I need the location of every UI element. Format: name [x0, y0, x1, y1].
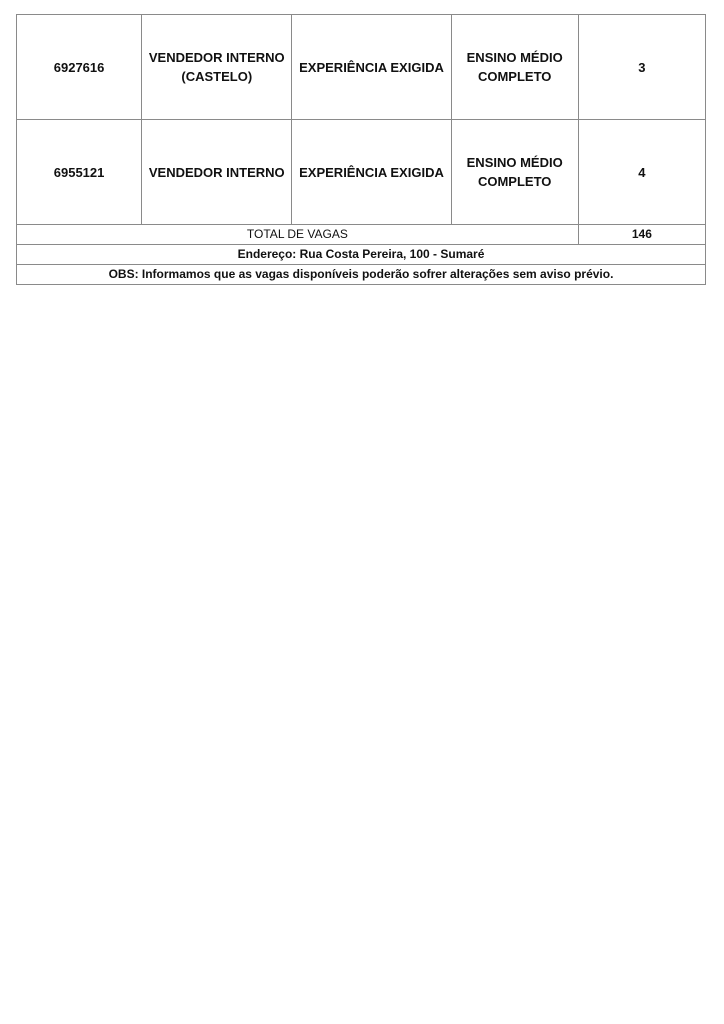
job-openings: 3 — [578, 15, 705, 120]
note-row: OBS: Informamos que as vagas disponíveis… — [17, 265, 706, 285]
job-education-line: COMPLETO — [456, 67, 574, 86]
job-education-line: COMPLETO — [456, 172, 574, 191]
job-experience: EXPERIÊNCIA EXIGIDA — [292, 120, 451, 225]
job-title: VENDEDOR INTERNO (CASTELO) — [142, 15, 292, 120]
job-openings: 4 — [578, 120, 705, 225]
table-row: 6927616 VENDEDOR INTERNO (CASTELO) EXPER… — [17, 15, 706, 120]
job-experience: EXPERIÊNCIA EXIGIDA — [292, 15, 451, 120]
job-title-line: VENDEDOR INTERNO — [146, 48, 287, 67]
address-row: Endereço: Rua Costa Pereira, 100 - Sumar… — [17, 245, 706, 265]
total-row: TOTAL DE VAGAS 146 — [17, 225, 706, 245]
job-title-line: VENDEDOR INTERNO — [146, 163, 287, 182]
job-education-line: ENSINO MÉDIO — [456, 153, 574, 172]
job-openings-table: 6927616 VENDEDOR INTERNO (CASTELO) EXPER… — [16, 14, 706, 285]
table-row: 6955121 VENDEDOR INTERNO EXPERIÊNCIA EXI… — [17, 120, 706, 225]
job-education: ENSINO MÉDIO COMPLETO — [451, 120, 578, 225]
job-code: 6955121 — [17, 120, 142, 225]
total-label: TOTAL DE VAGAS — [17, 225, 579, 245]
job-code: 6927616 — [17, 15, 142, 120]
job-education: ENSINO MÉDIO COMPLETO — [451, 15, 578, 120]
job-title-line: (CASTELO) — [146, 67, 287, 86]
total-value: 146 — [578, 225, 705, 245]
job-title: VENDEDOR INTERNO — [142, 120, 292, 225]
note-text: OBS: Informamos que as vagas disponíveis… — [17, 265, 706, 285]
address-text: Endereço: Rua Costa Pereira, 100 - Sumar… — [17, 245, 706, 265]
job-education-line: ENSINO MÉDIO — [456, 48, 574, 67]
